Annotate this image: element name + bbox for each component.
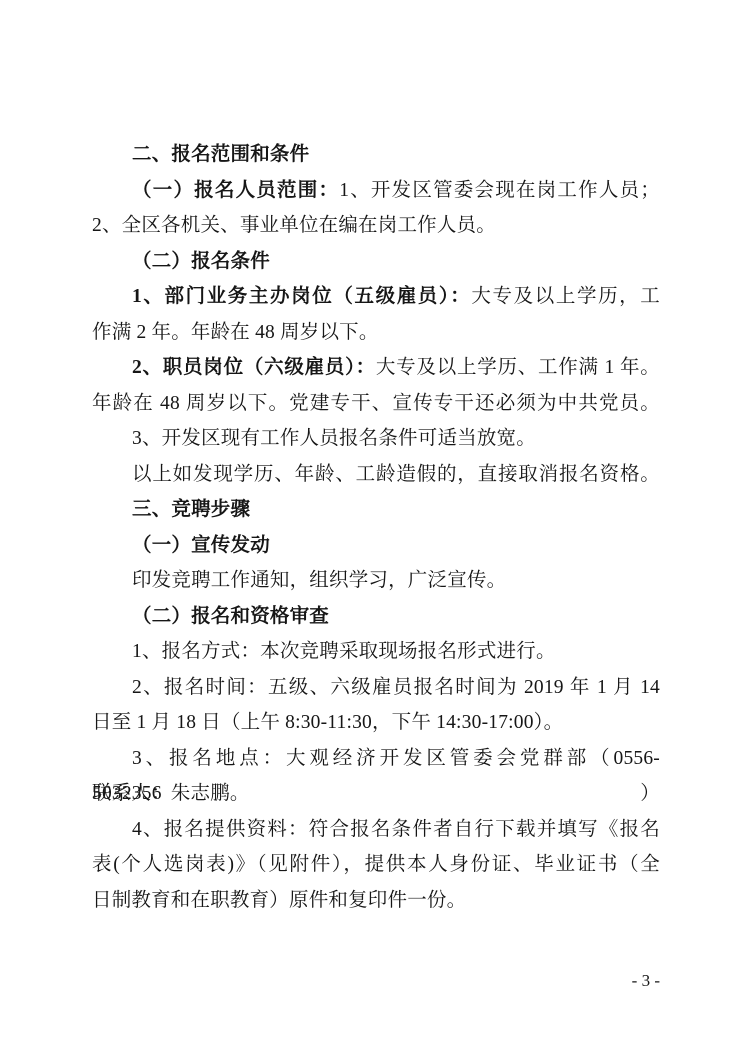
bold-text-run: （二）报名和资格审查 xyxy=(132,606,329,627)
document-line: 3、报名地点：大观经济开发区管委会党群部（0556-5032356） xyxy=(92,741,660,777)
text-run: 表(个人选岗表)》（见附件），提供本人身份证、毕业证书（全 xyxy=(92,854,660,875)
bold-text-run: 1、部门业务主办岗位（五级雇员）： xyxy=(132,286,471,307)
document-line: 表(个人选岗表)》（见附件），提供本人身份证、毕业证书（全 xyxy=(92,847,660,883)
document-line: （一）报名人员范围：1、开发区管委会现在岗工作人员； xyxy=(92,173,660,209)
document-page: 二、报名范围和条件（一）报名人员范围：1、开发区管委会现在岗工作人员；2、全区各… xyxy=(0,0,750,1060)
text-run: 印发竞聘工作通知，组织学习，广泛宣传。 xyxy=(132,570,506,591)
document-line: 1、报名方式：本次竞聘采取现场报名形式进行。 xyxy=(92,634,660,670)
text-run: 3、开发区现有工作人员报名条件可适当放宽。 xyxy=(132,428,536,449)
text-run: 大专及以上学历，工 xyxy=(471,286,660,307)
document-line: 1、部门业务主办岗位（五级雇员）：大专及以上学历，工 xyxy=(92,279,660,315)
document-line: 3、开发区现有工作人员报名条件可适当放宽。 xyxy=(92,421,660,457)
bold-text-run: 三、竞聘步骤 xyxy=(132,499,250,520)
document-line: 日制教育和在职教育）原件和复印件一份。 xyxy=(92,883,660,919)
text-run: 日至 1 月 18 日（上午 8:30-11:30，下午 14:30-17:00… xyxy=(92,712,563,733)
bold-text-run: （一）报名人员范围： xyxy=(132,180,339,201)
text-run: 4、报名提供资料：符合报名条件者自行下载并填写《报名 xyxy=(132,819,660,840)
document-line: 年龄在 48 周岁以下。党建专干、宣传专干还必须为中共党员。 xyxy=(92,386,660,422)
document-line: 作满 2 年。年龄在 48 周岁以下。 xyxy=(92,315,660,351)
text-run: 2、报名时间：五级、六级雇员报名时间为 2019 年 1 月 14 xyxy=(132,677,660,698)
text-run: 1、开发区管委会现在岗工作人员； xyxy=(339,180,660,201)
document-line: 日至 1 月 18 日（上午 8:30-11:30，下午 14:30-17:00… xyxy=(92,705,660,741)
document-line: （二）报名和资格审查 xyxy=(92,599,660,635)
text-run: 1、报名方式：本次竞聘采取现场报名形式进行。 xyxy=(132,641,556,662)
text-run: 大专及以上学历、工作满 1 年。 xyxy=(376,357,660,378)
document-line: 2、职员岗位（六级雇员）：大专及以上学历、工作满 1 年。 xyxy=(92,350,660,386)
document-line: 以上如发现学历、年龄、工龄造假的，直接取消报名资格。 xyxy=(92,457,660,493)
text-run: 作满 2 年。年龄在 48 周岁以下。 xyxy=(92,322,379,343)
bold-text-run: 2、职员岗位（六级雇员）： xyxy=(132,357,376,378)
document-body: 二、报名范围和条件（一）报名人员范围：1、开发区管委会现在岗工作人员；2、全区各… xyxy=(92,137,660,918)
document-line: 二、报名范围和条件 xyxy=(92,137,660,173)
bold-text-run: （二）报名条件 xyxy=(132,251,270,272)
document-line: 印发竞聘工作通知，组织学习，广泛宣传。 xyxy=(92,563,660,599)
document-line: 2、全区各机关、事业单位在编在岗工作人员。 xyxy=(92,208,660,244)
text-run: 日制教育和在职教育）原件和复印件一份。 xyxy=(92,890,466,911)
document-line: 4、报名提供资料：符合报名条件者自行下载并填写《报名 xyxy=(92,812,660,848)
document-line: 三、竞聘步骤 xyxy=(92,492,660,528)
bold-text-run: 二、报名范围和条件 xyxy=(132,144,309,165)
text-run: 年龄在 48 周岁以下。党建专干、宣传专干还必须为中共党员。 xyxy=(92,393,660,414)
document-line: （一）宣传发动 xyxy=(92,528,660,564)
document-line: 2、报名时间：五级、六级雇员报名时间为 2019 年 1 月 14 xyxy=(92,670,660,706)
bold-text-run: （一）宣传发动 xyxy=(132,535,270,556)
text-run: 以上如发现学历、年龄、工龄造假的，直接取消报名资格。 xyxy=(132,464,660,485)
text-run: 2、全区各机关、事业单位在编在岗工作人员。 xyxy=(92,215,496,236)
page-number: - 3 - xyxy=(92,969,660,993)
text-run: 联系人：朱志鹏。 xyxy=(92,783,250,804)
document-line: （二）报名条件 xyxy=(92,244,660,280)
